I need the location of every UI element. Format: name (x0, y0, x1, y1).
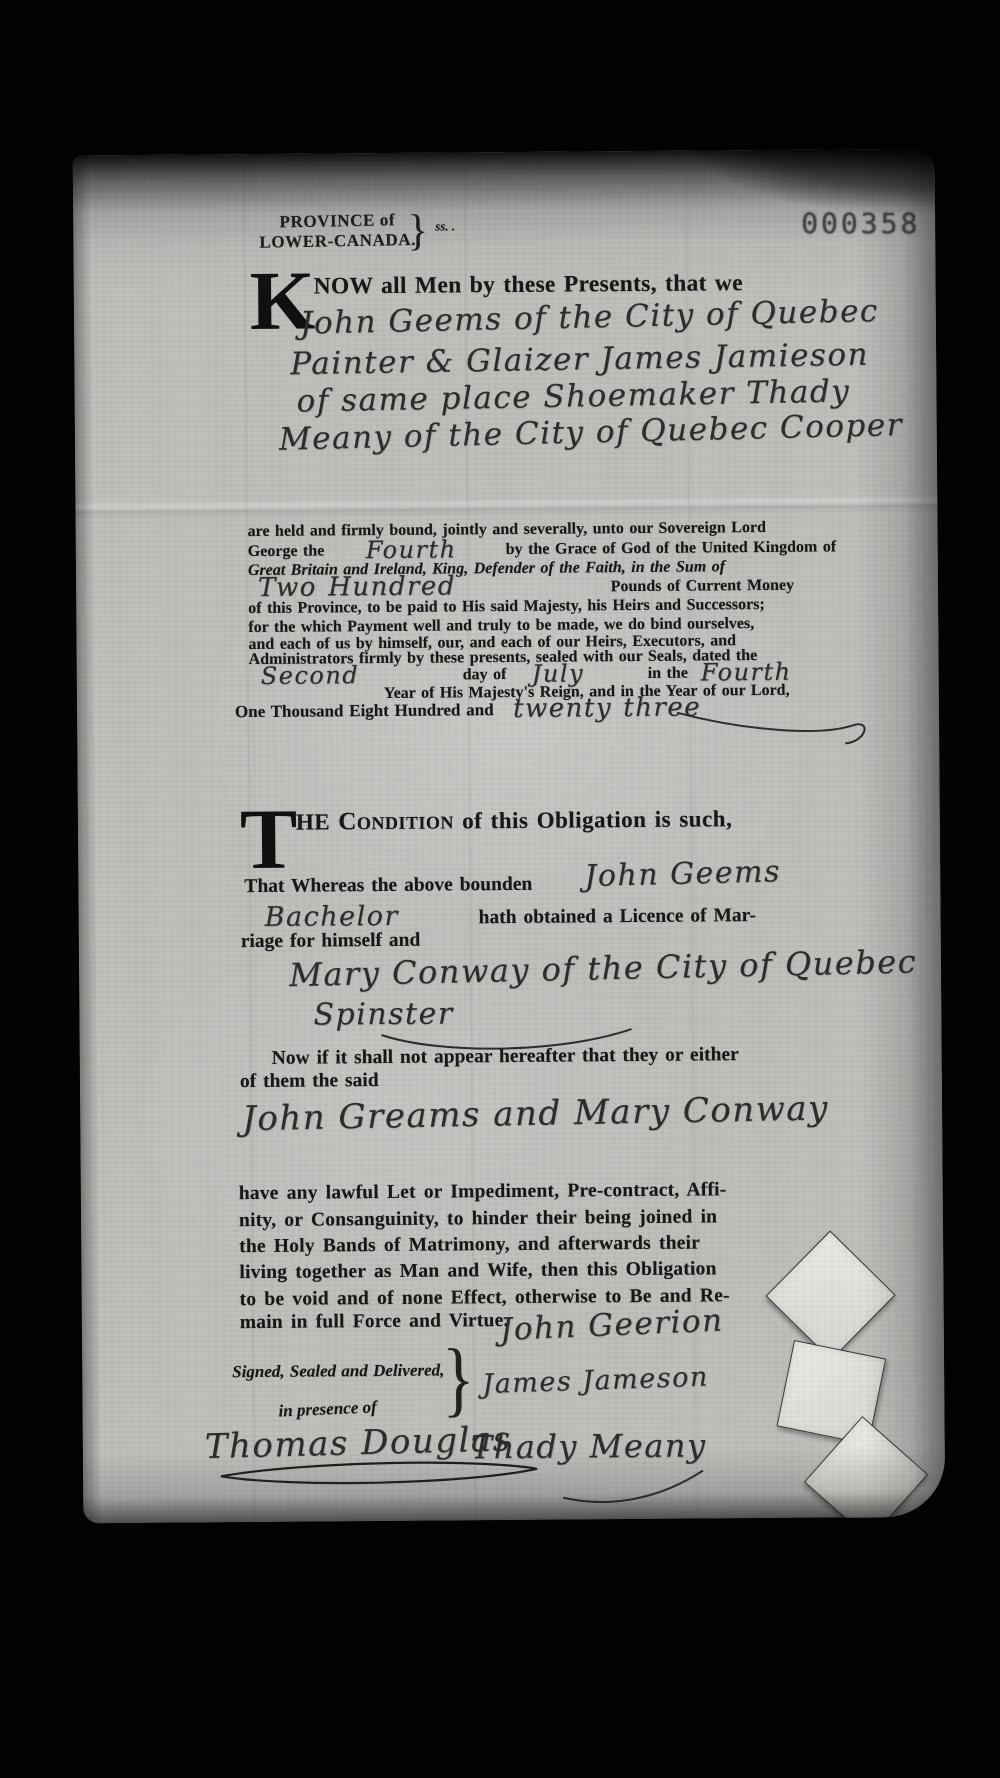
now-clause-line-1: Now if it shall not appear hereafter tha… (272, 1044, 739, 1070)
bond-sum-post: Pounds of Current Money (611, 577, 794, 596)
closing-line-1: have any lawful Let or Impediment, Pre-c… (239, 1179, 801, 1205)
ss-mark: ss. . (435, 218, 455, 234)
condition-heading: HE Condition of this Obligation is such, (296, 805, 733, 836)
bond-line-1: are held and firmly bound, jointly and s… (248, 519, 800, 541)
condition-dropcap: T (240, 804, 298, 875)
document-paper: PROVINCE of LOWER-CANADA. } ss. . 000358… (73, 149, 946, 1524)
condition-heading-he: HE (296, 809, 330, 834)
bond-king-post: by the Grace of God of the United Kingdo… (506, 538, 837, 559)
licence-line-2: riage for himself and (241, 930, 421, 953)
bond-line-11: One Thousand Eight Hundred and twenty th… (235, 698, 787, 722)
serial-stamp: 000358 (801, 207, 920, 240)
hw-groom-name: John Geems (584, 854, 781, 894)
ss-brace: } (407, 205, 429, 256)
year-swash (675, 703, 875, 749)
hw-year: twenty three (513, 692, 701, 723)
licence-line-1: hath obtained a Licence of Mar- (479, 905, 757, 929)
condition-heading-smallcaps: Condition (338, 807, 454, 835)
presence-clause: in presence of (278, 1397, 377, 1421)
province-heading: PROVINCE of LOWER-CANADA. (259, 210, 416, 253)
witness-clause: Signed, Sealed and Delivered, (232, 1361, 444, 1383)
hw-couple-names: John Greams and Mary Conway (242, 1088, 829, 1139)
scan-background: PROVINCE of LOWER-CANADA. } ss. . 000358… (0, 0, 1000, 1778)
bond-year-pre: One Thousand Eight Hundred and (235, 700, 494, 721)
bond-day-label: day of (463, 666, 507, 684)
now-clause-line-2: of them the said (240, 1070, 379, 1093)
whereas-line: That Whereas the above bounden (244, 874, 532, 898)
signature-james-jameson: James Jameson (482, 1361, 709, 1400)
closing-line-3: the Holy Bands of Matrimony, and afterwa… (239, 1232, 801, 1258)
witness-brace: } (442, 1330, 475, 1427)
closing-line-4: living together as Man and Wife, then th… (239, 1258, 801, 1284)
signature-thady-meany: Thady Meany (471, 1426, 707, 1466)
closing-line-2: nity, or Consanguinity, to hinder their … (239, 1206, 801, 1232)
hw-groom-status: Bachelor (265, 901, 399, 933)
hw-day: Second (261, 661, 360, 690)
province-line-2: LOWER-CANADA. (259, 230, 416, 253)
know-opening-line: NOW all Men by these Presents, that we (314, 270, 743, 300)
meany-flourish (553, 1466, 713, 1517)
handwritten-parties-line-1: John Geems of the City of Quebec (300, 293, 879, 342)
condition-heading-rest: of this Obligation is such, (462, 806, 732, 833)
bond-king-pre: George the (248, 542, 325, 560)
bond-in-the: in the (648, 665, 688, 683)
